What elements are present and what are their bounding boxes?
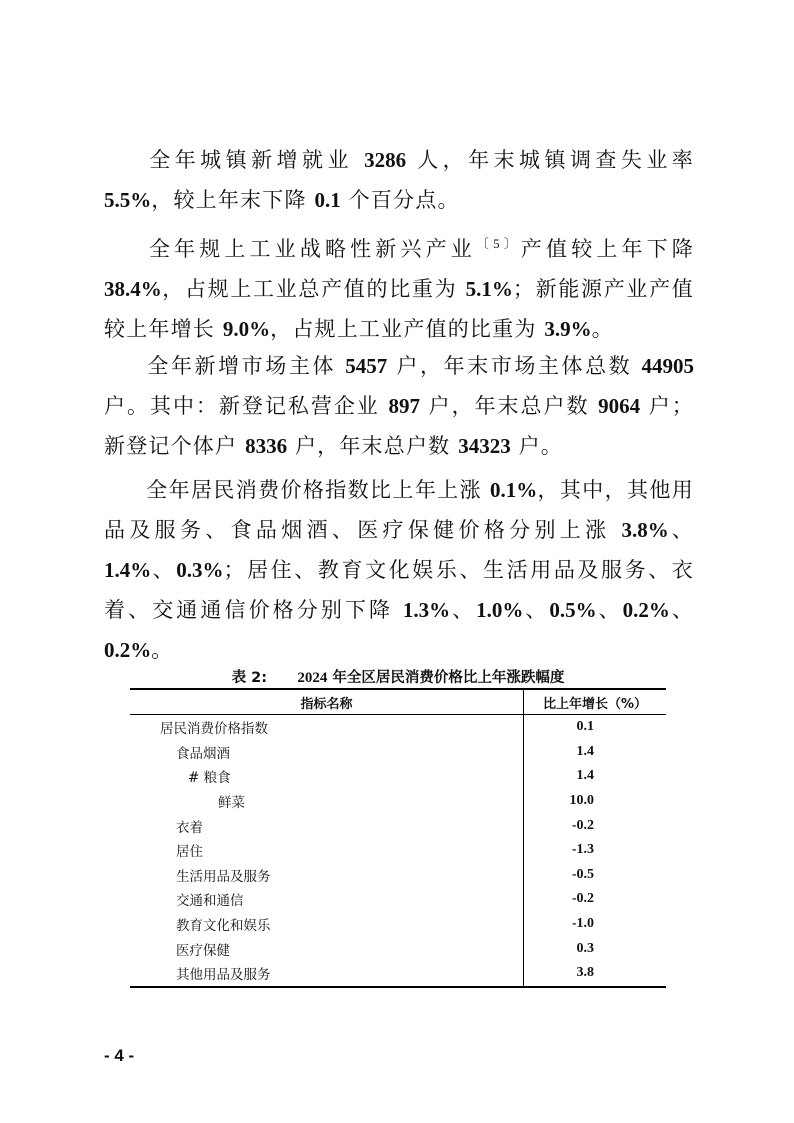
table-header-row: 指标名称 比上年增长（%） <box>130 689 666 715</box>
table-row: 食品烟酒1.4 <box>130 740 666 765</box>
table-row: 生活用品及服务-0.5 <box>130 863 666 888</box>
footnote-ref: 〔5〕 <box>476 236 521 251</box>
table-row: 居民消费价格指数0.1 <box>130 715 666 740</box>
page-number: - 4 - <box>104 1046 134 1066</box>
column-header-indicator: 指标名称 <box>130 689 524 715</box>
table-row: 交通和通信-0.2 <box>130 887 666 912</box>
paragraph-market-entities: 全年新增市场主体 5457 户，年末市场主体总数 44905 户。其中：新登记私… <box>104 346 694 466</box>
table-row: 鲜菜10.0 <box>130 789 666 814</box>
table-row: # 粮食1.4 <box>130 764 666 789</box>
table-row: 其他用品及服务3.8 <box>130 961 666 987</box>
table-row: 衣着-0.2 <box>130 813 666 838</box>
column-header-growth: 比上年增长（%） <box>524 689 667 715</box>
table-row: 教育文化和娱乐-1.0 <box>130 912 666 937</box>
paragraph-employment: 全年城镇新增就业 3286 人，年末城镇调查失业率 5.5%，较上年末下降 0.… <box>104 140 694 220</box>
table-row: 居住-1.3 <box>130 838 666 863</box>
paragraph-industry: 全年规上工业战略性新兴产业〔5〕产值较上年下降 38.4%，占规上工业总产值的比… <box>104 224 694 349</box>
paragraph-cpi: 全年居民消费价格指数比上年上涨 0.1%，其中，其他用品及服务、食品烟酒、医疗保… <box>104 470 694 670</box>
table-row: 医疗保健0.3 <box>130 936 666 961</box>
cpi-table: 指标名称 比上年增长（%） 居民消费价格指数0.1 食品烟酒1.4 # 粮食1.… <box>130 688 666 988</box>
table-title: 表 2: 2024 年全区居民消费价格比上年涨跌幅度 <box>130 666 666 687</box>
